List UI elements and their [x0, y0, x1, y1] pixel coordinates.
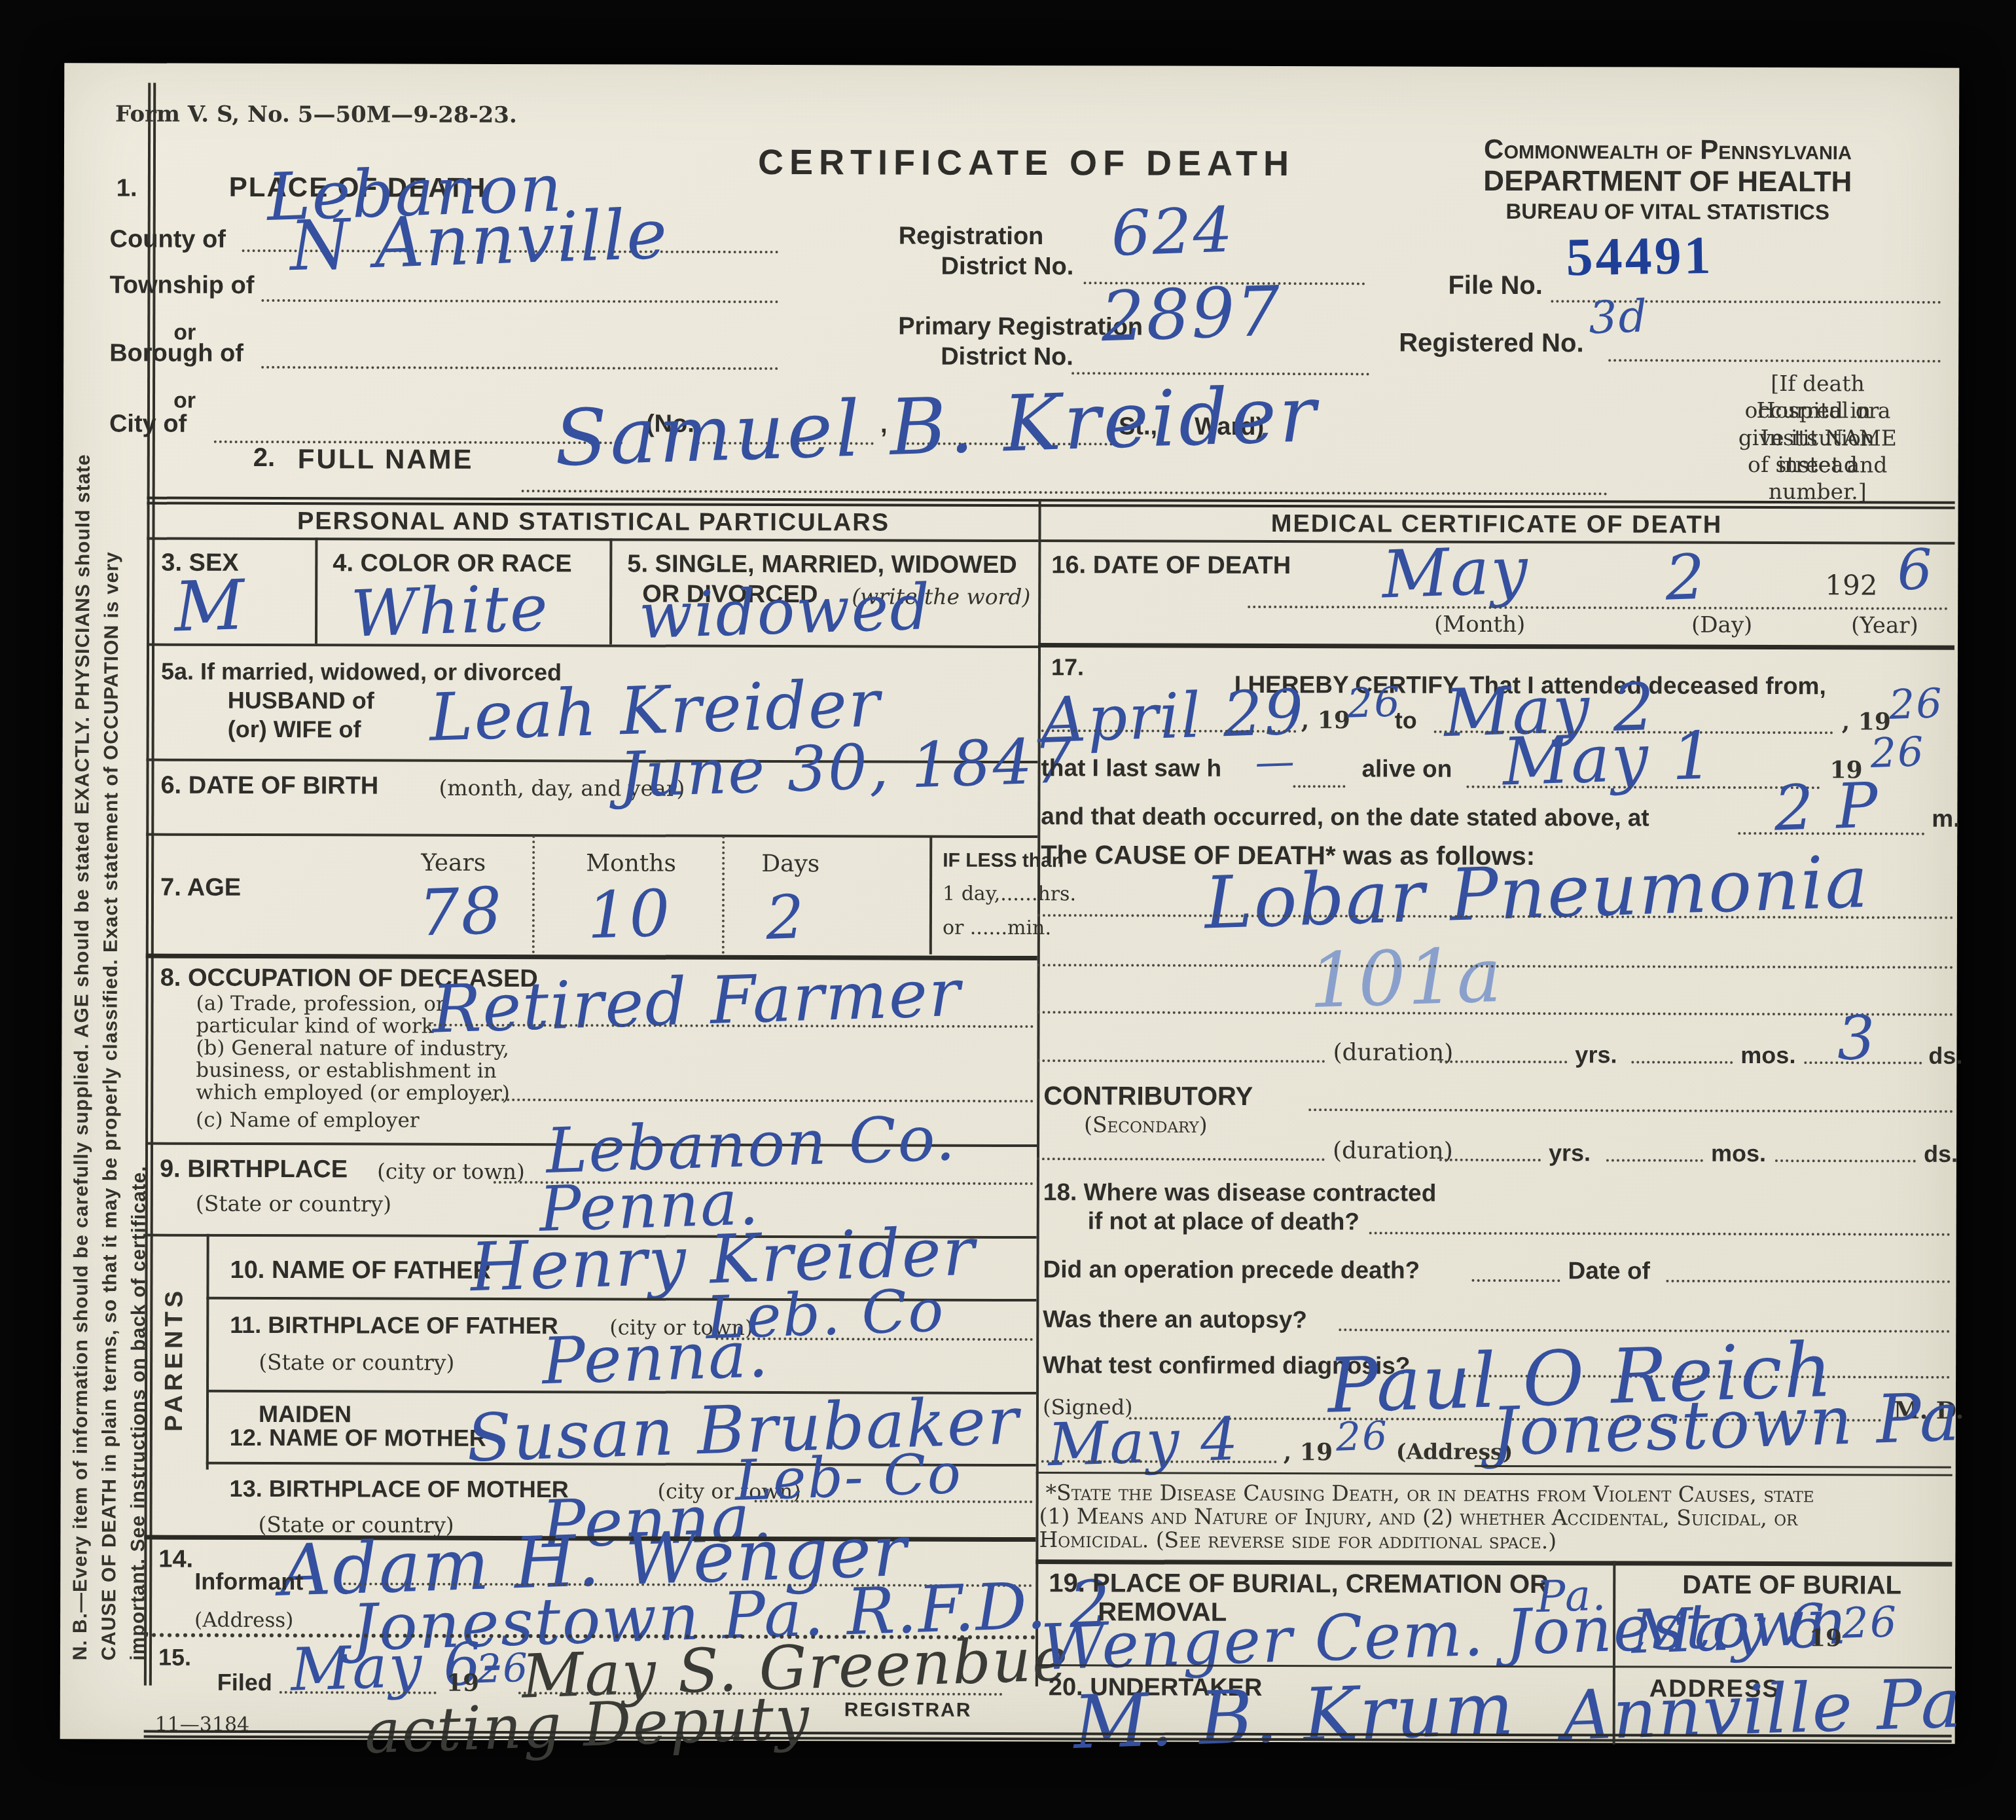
dob-label: 6. DATE OF BIRTH	[160, 772, 378, 801]
certificate-title: CERTIFICATE OF DEATH	[745, 142, 1308, 184]
parents-label: PARENTS	[160, 1235, 189, 1432]
father-birthplace-state-handwriting: Penna.	[541, 1326, 770, 1391]
registered-no-value: 3d	[1588, 297, 1649, 338]
pronoun-dotted-rule	[1293, 785, 1345, 788]
months-label: Months	[586, 850, 676, 877]
mother-label: 12. NAME OF MOTHER	[230, 1424, 486, 1452]
filed-year-printed: 19	[446, 1669, 479, 1697]
dob-value-handwriting: June 30, 1847	[618, 733, 1075, 804]
duration2-dotted-mos	[1606, 1159, 1703, 1161]
sex-color-divider	[315, 537, 317, 644]
parents-bracket-line	[206, 1234, 209, 1470]
contributory-label: CONTRIBUTORY	[1043, 1082, 1253, 1112]
duration-label: (duration)	[1333, 1039, 1453, 1066]
yrs2-label: yrs.	[1549, 1139, 1591, 1167]
color-marital-divider	[609, 538, 612, 644]
signed-year-printed: , 19	[1284, 1438, 1333, 1466]
county-label: County of	[110, 225, 226, 253]
margin-note-line1: N. B.—Every item of information should b…	[69, 122, 96, 1660]
operation-dotted-rule2	[1666, 1280, 1950, 1283]
alive-on-label: alive on	[1361, 755, 1452, 782]
last-saw-date-handwriting: May 1	[1502, 726, 1716, 792]
age-label: 7. AGE	[160, 874, 241, 902]
from-year-handwriting: 26	[1346, 683, 1402, 721]
dod-dotted-rule	[1248, 606, 1948, 610]
bureau-line: BUREAU OF VITAL STATISTICS	[1413, 199, 1923, 225]
occupation-b-line2: business, or establishment in	[196, 1059, 497, 1083]
mos2-label: mos.	[1711, 1140, 1766, 1167]
ds2-label: ds.	[1924, 1140, 1958, 1168]
burial-label-line1: 19. PLACE OF BURIAL, CREMATION OR	[1049, 1569, 1549, 1599]
duration2-dotted-ds	[1775, 1159, 1916, 1163]
undertaker-name-handwriting: M. B. Krum	[1072, 1676, 1516, 1756]
duration-dotted-lead	[1037, 1059, 1325, 1063]
from-year-printed: , 19	[1301, 706, 1350, 734]
birthplace-state-note: (State or country)	[196, 1191, 391, 1217]
deputy-handwriting: acting Deputy	[364, 1691, 812, 1760]
last-saw-label: that I last saw h	[1041, 754, 1221, 782]
personal-section-heading: PERSONAL AND STATISTICAL PARTICULARS	[154, 507, 1032, 538]
burial-date-handwriting: May 6	[1630, 1599, 1827, 1660]
marital-value-handwriting: widowed	[638, 579, 932, 645]
mos-label: mos.	[1740, 1042, 1795, 1069]
death-time-dotted-rule	[1738, 832, 1924, 835]
occupation-b-line1: (b) General nature of industry,	[196, 1036, 509, 1061]
primary-registration-label2: District No.	[941, 343, 1073, 372]
operation-dotted-rule1	[1471, 1279, 1560, 1282]
duration-dotted-yrs	[1439, 1061, 1567, 1064]
full-name-dotted-rule	[522, 490, 1608, 495]
death-time-handwriting: 2 P	[1773, 778, 1880, 838]
dod-year-printed: 192	[1825, 569, 1877, 601]
informant-number: 14.	[158, 1546, 193, 1574]
full-name-value-handwriting: Samuel B. Kreider	[553, 379, 1320, 473]
footnote-line3: Homicidal. (See reverse side for additio…	[1039, 1527, 1557, 1554]
department-line: DEPARTMENT OF HEALTH	[1413, 165, 1923, 199]
operation-label: Did an operation precede death?	[1043, 1256, 1420, 1284]
informant-label: Informant	[194, 1568, 303, 1595]
m-label: m.	[1932, 805, 1960, 833]
item1-number: 1.	[117, 174, 137, 202]
hospital-note-line4: of street and number.]	[1723, 451, 1913, 505]
personal-heading-rule	[147, 537, 1038, 543]
months-days-divider	[722, 836, 725, 954]
form-number: Form V. S, No. 5—50M—9-28-23.	[115, 101, 517, 128]
filed-label: Filed	[217, 1669, 272, 1696]
duration-days-handwriting: 3	[1836, 1011, 1877, 1066]
q18-line1: 18. Where was disease contracted	[1043, 1178, 1437, 1207]
last-year-handwriting: 26	[1870, 733, 1926, 771]
age-years-handwriting: 78	[418, 883, 504, 943]
signed-address-handwriting: Jonestown Pa	[1490, 1387, 1962, 1463]
age-days-handwriting: 2	[765, 890, 806, 946]
duration-dotted-ds	[1804, 1061, 1922, 1064]
yrs-label: yrs.	[1575, 1041, 1617, 1068]
registered-no-dotted-rule	[1608, 359, 1941, 362]
registration-label1: Registration	[899, 223, 1044, 251]
to-year-handwriting: 26	[1888, 685, 1944, 723]
father-label: 10. NAME OF FATHER	[230, 1256, 490, 1285]
hospital-note: [If death occurred in a Hospital or Inst…	[1533, 369, 1913, 451]
if-less-line2: 1 day,......hrs.	[943, 883, 1076, 906]
row16-bottom-rule	[1038, 643, 1954, 650]
item2-number: 2.	[253, 443, 275, 473]
duration2-dotted-lead	[1037, 1157, 1325, 1161]
township-value-handwriting: N Annville	[289, 204, 669, 278]
years-label: Years	[421, 850, 486, 877]
registration-label2: District No.	[941, 253, 1073, 282]
occupation-b-line3: which employed (or employer)	[196, 1081, 510, 1105]
file-number-stamp: 54491	[1566, 225, 1714, 288]
to-label: to	[1395, 707, 1417, 735]
secondary-label: (Secondary)	[1084, 1112, 1208, 1137]
city-label: City of	[109, 410, 187, 438]
ds-label: ds.	[1928, 1042, 1962, 1070]
footnote-bottom-rule	[1035, 1559, 1952, 1567]
registrar-label: REGISTRAR	[844, 1699, 972, 1722]
birthplace-label: 9. BIRTHPLACE	[160, 1156, 348, 1184]
duration-dotted-mos	[1631, 1061, 1733, 1063]
burial-place-state-handwriting: Pa.	[1536, 1576, 1608, 1617]
duration2-dotted-yrs	[1439, 1159, 1541, 1161]
wife-of-label: (or) WIFE of	[228, 716, 361, 744]
q18-line2: if not at place of death?	[1088, 1207, 1359, 1235]
color-value-handwriting: White	[350, 579, 550, 644]
pronoun-dash-handwriting: —	[1255, 744, 1297, 780]
informant-address-label: (Address)	[194, 1609, 293, 1632]
father-birthplace-state-note: (State or country)	[259, 1349, 454, 1375]
row6-bottom-rule	[146, 833, 1037, 839]
q18-dotted-rule	[1369, 1231, 1951, 1235]
dod-month-handwriting: May	[1381, 541, 1530, 604]
death-occurred-label: and that death occurred, on the date sta…	[1041, 803, 1649, 831]
year-sublabel: (Year)	[1851, 612, 1918, 638]
day-sublabel: (Day)	[1691, 612, 1752, 638]
father-birthplace-label: 11. BIRTHPLACE OF FATHER	[230, 1311, 558, 1339]
primary-district-value: 2897	[1100, 280, 1282, 348]
operation-date-label: Date of	[1568, 1257, 1650, 1284]
duration2-label: (duration)	[1333, 1137, 1453, 1164]
commonwealth-line: Commonwealth of Pennsylvania	[1413, 134, 1923, 166]
month-sublabel: (Month)	[1434, 611, 1525, 638]
registered-no-label: Registered No.	[1399, 329, 1583, 359]
filed-number: 15.	[158, 1644, 191, 1671]
years-months-divider	[532, 835, 535, 953]
age-months-handwriting: 10	[586, 884, 672, 945]
occupation-value-handwriting: Retired Farmer	[431, 964, 962, 1040]
borough-dotted-rule	[261, 366, 778, 370]
township-dotted-rule	[261, 299, 778, 303]
certify-number: 17.	[1051, 653, 1084, 681]
burial-year-handwriting: 26	[1841, 1604, 1898, 1643]
autopsy-label: Was there an autopsy?	[1043, 1305, 1307, 1334]
dod-day-handwriting: 2	[1665, 550, 1707, 607]
mother-birthplace-label: 13. BIRTHPLACE OF MOTHER	[230, 1475, 569, 1503]
husband-of-label: HUSBAND of	[228, 687, 374, 715]
cause-code-handwriting: 101a	[1308, 942, 1503, 1016]
occupation-a-line1: (a) Trade, profession, or	[196, 992, 446, 1016]
registration-district-value: 624	[1110, 203, 1234, 263]
contributory-dotted-rule	[1308, 1108, 1953, 1113]
death-certificate-document: N. B.—Every item of information should b…	[60, 63, 1960, 1744]
occupation-a-line2: particular kind of work	[196, 1014, 433, 1038]
filed-dotted-rule1	[279, 1691, 437, 1694]
cause-value-handwriting: Lobar Pneumonia	[1204, 850, 1870, 936]
if-less-line3: or ......min.	[943, 917, 1051, 939]
dod-year-handwriting: 6	[1896, 545, 1935, 596]
occupation-c-label: (c) Name of employer	[196, 1108, 420, 1133]
sex-value-handwriting: M	[173, 574, 247, 638]
burial-year-printed: 19	[1809, 1624, 1842, 1652]
days-label: Days	[761, 850, 819, 877]
township-label: Township of	[109, 271, 254, 300]
days-ifless-divider	[929, 837, 932, 955]
borough-label: Borough of	[109, 339, 243, 368]
file-no-label: File No.	[1448, 271, 1543, 300]
date-of-death-label: 16. DATE OF DEATH	[1051, 551, 1291, 580]
full-name-label: FULL NAME	[298, 443, 474, 475]
signed-year-handwriting: 26	[1335, 1418, 1389, 1455]
